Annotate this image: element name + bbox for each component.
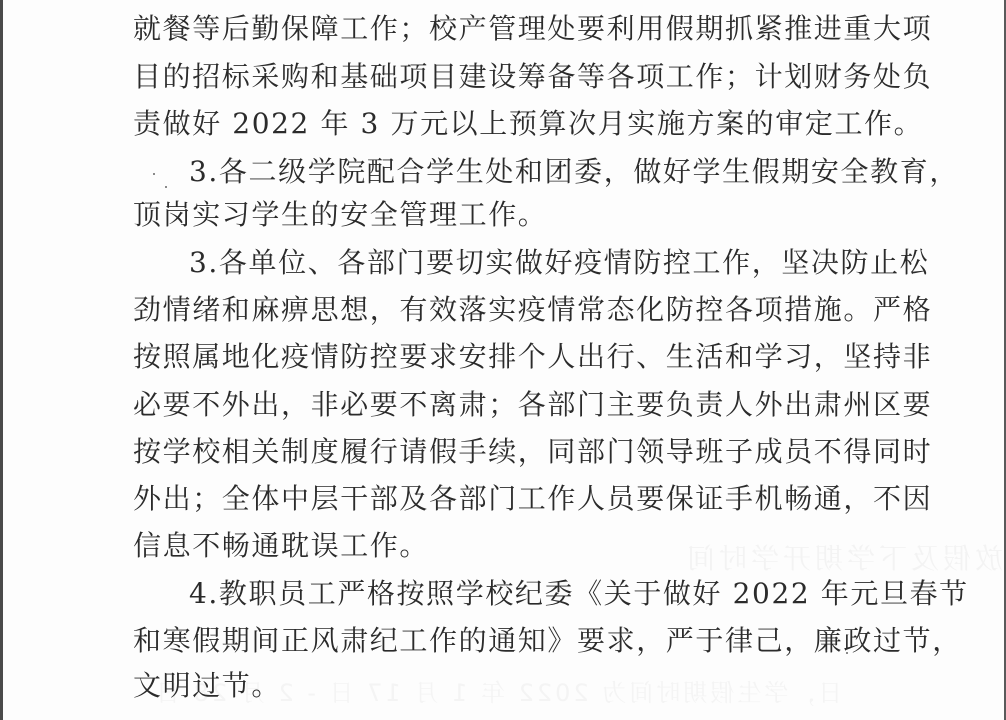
document-text-line: 必要不外出，非必要不离肃；各部门主要负责人外出肃州区要 [133,385,869,425]
document-text-line: 责做好 2022 年 3 万元以上预算次月实施方案的审定工作。 [133,104,869,144]
document-text-line: 外出；全体中层干部及各部门工作人员要保证手机畅通，不因 [133,479,869,519]
document-text-line: 和寒假期间正风肃纪工作的通知》要求，严于律己，廉政过节， [133,621,869,661]
document-text-line: 就餐等后勤保障工作；校产管理处要利用假期抓紧推进重大项 [133,9,869,49]
document-text-line: 3.各单位、各部门要切实做好疫情防控工作，坚决防止松 [189,243,869,283]
scan-speck [153,173,155,175]
document-text-line: 按照属地化疫情防控要求安排个人出行、生活和学习，坚持非 [133,337,869,377]
document-text-line: 文明过节。 [133,666,869,706]
scanned-document-page: 二、寒假放假及下学期开学时间 日，学生假期时间为 2022 年 1 月 17 日… [0,0,1006,720]
document-text-line: 劲情绪和麻痹思想，有效落实疫情常态化防控各项措施。严格 [133,290,869,330]
document-text-line: 4.教职员工严格按照学校纪委《关于做好 2022 年元旦春节 [189,574,869,614]
document-text-line: 顶岗实习学生的安全管理工作。 [133,195,869,235]
document-text-line: 目的招标采购和基础项目建设筹备等各项工作；计划财务处负 [133,57,869,97]
scan-speck [165,186,167,188]
document-text-line: 按学校相关制度履行请假手续，同部门领导班子成员不得同时 [133,432,869,472]
document-text-line: 信息不畅通耽误工作。 [133,526,869,566]
document-text-line: 3.各二级学院配合学生处和团委，做好学生假期安全教育， [189,152,869,192]
